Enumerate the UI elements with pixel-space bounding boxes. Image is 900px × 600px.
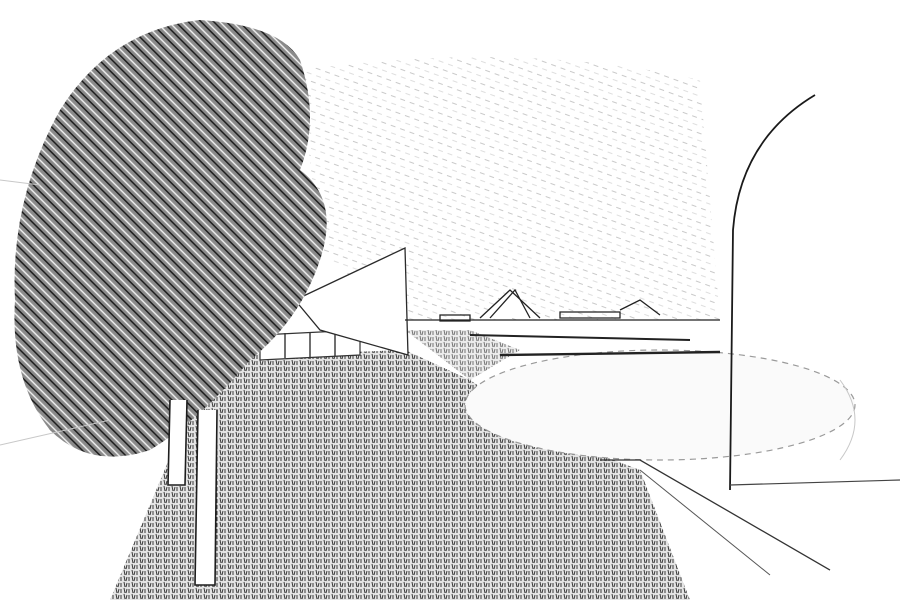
oval-plaza — [465, 350, 855, 460]
pencil-sketch — [0, 0, 900, 600]
